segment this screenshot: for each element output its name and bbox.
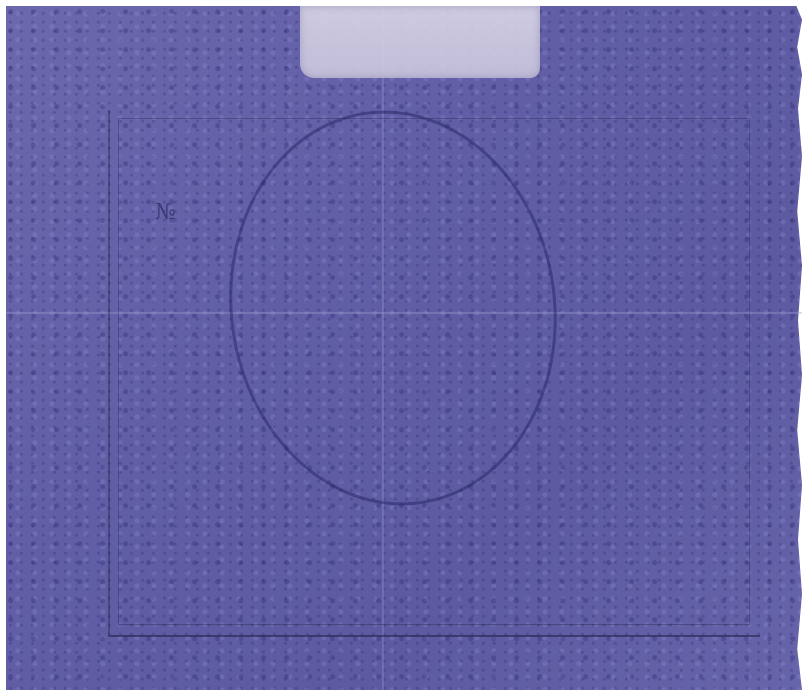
number-mark: №: [155, 200, 176, 225]
adhesive-tape: [300, 6, 540, 78]
